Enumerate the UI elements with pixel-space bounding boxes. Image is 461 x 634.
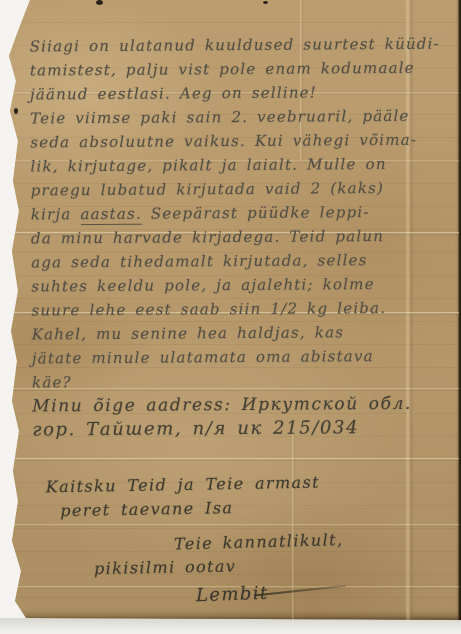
underlined-word: aastas. xyxy=(80,205,142,225)
closing-line: Kaitsku Teid ja Teie armast xyxy=(46,470,321,499)
scanner-bed-strip xyxy=(0,618,461,634)
signoff-line: pikisilmi ootav xyxy=(94,550,440,581)
closing-line: peret taevane Isa xyxy=(60,494,321,523)
letter-line: suhtes keeldu pole, ja ajalehti; kolme xyxy=(31,272,451,299)
letter-line: jäänud eestlasi. Aeg on selline! xyxy=(30,80,450,107)
letter-line: kirja aastas. Seepärast püüdke leppi- xyxy=(31,200,451,227)
scanned-letter-page: Siiagi on ulatanud kuuldused suurtest kü… xyxy=(0,0,461,634)
letter-line: aga seda tihedamalt kirjutada, selles xyxy=(31,248,451,275)
letter-line: tamistest, palju vist pole enam kodumaal… xyxy=(30,56,450,83)
letter-line: da minu harvade kirjadega. Teid palun xyxy=(31,224,451,251)
letter-line: käe? xyxy=(32,368,452,395)
signoff-block: Teie kannatlikult, pikisilmi ootav Lembi… xyxy=(0,528,440,607)
letter-line: jätate minule ulatamata oma abistava xyxy=(32,344,452,371)
address-line: Minu õige aadress: Иркутской обл. xyxy=(32,392,452,419)
letter-line-segment: kirja xyxy=(31,205,81,223)
letter-line: praegu lubatud kirjutada vaid 2 (kaks) xyxy=(31,176,451,203)
letter-line-segment: Seepärast püüdke leppi- xyxy=(142,203,370,223)
paper-tear-speck xyxy=(263,1,268,4)
letter-line: lik, kirjutage, pikalt ja laialt. Mulle … xyxy=(30,152,450,179)
letter-line: Teie viimse paki sain 2. veebruaril, pää… xyxy=(30,104,450,131)
letter-line: seda absoluutne vaikus. Kui vähegi võima… xyxy=(30,128,450,155)
letter-line: Kahel, mu senine hea haldjas, kas xyxy=(32,320,452,347)
letter-line: suure lehe eest saab siin 1/2 kg leiba. xyxy=(31,296,451,323)
crease-horizontal xyxy=(14,458,459,461)
letter-paper: Siiagi on ulatanud kuuldused suurtest kü… xyxy=(0,0,461,622)
address-line: гор. Тайшет, п/я ик 215/034 xyxy=(32,416,452,443)
signature-name: Lembit xyxy=(196,581,269,609)
letter-line: Siiagi on ulatanud kuuldused suurtest kü… xyxy=(30,32,450,59)
closing-block: Kaitsku Teid ja Teie armast peret taevan… xyxy=(46,470,321,523)
paper-tear-speck xyxy=(96,0,103,5)
paper-tear-speck xyxy=(14,108,18,114)
letter-body: Siiagi on ulatanud kuuldused suurtest kü… xyxy=(30,32,453,443)
